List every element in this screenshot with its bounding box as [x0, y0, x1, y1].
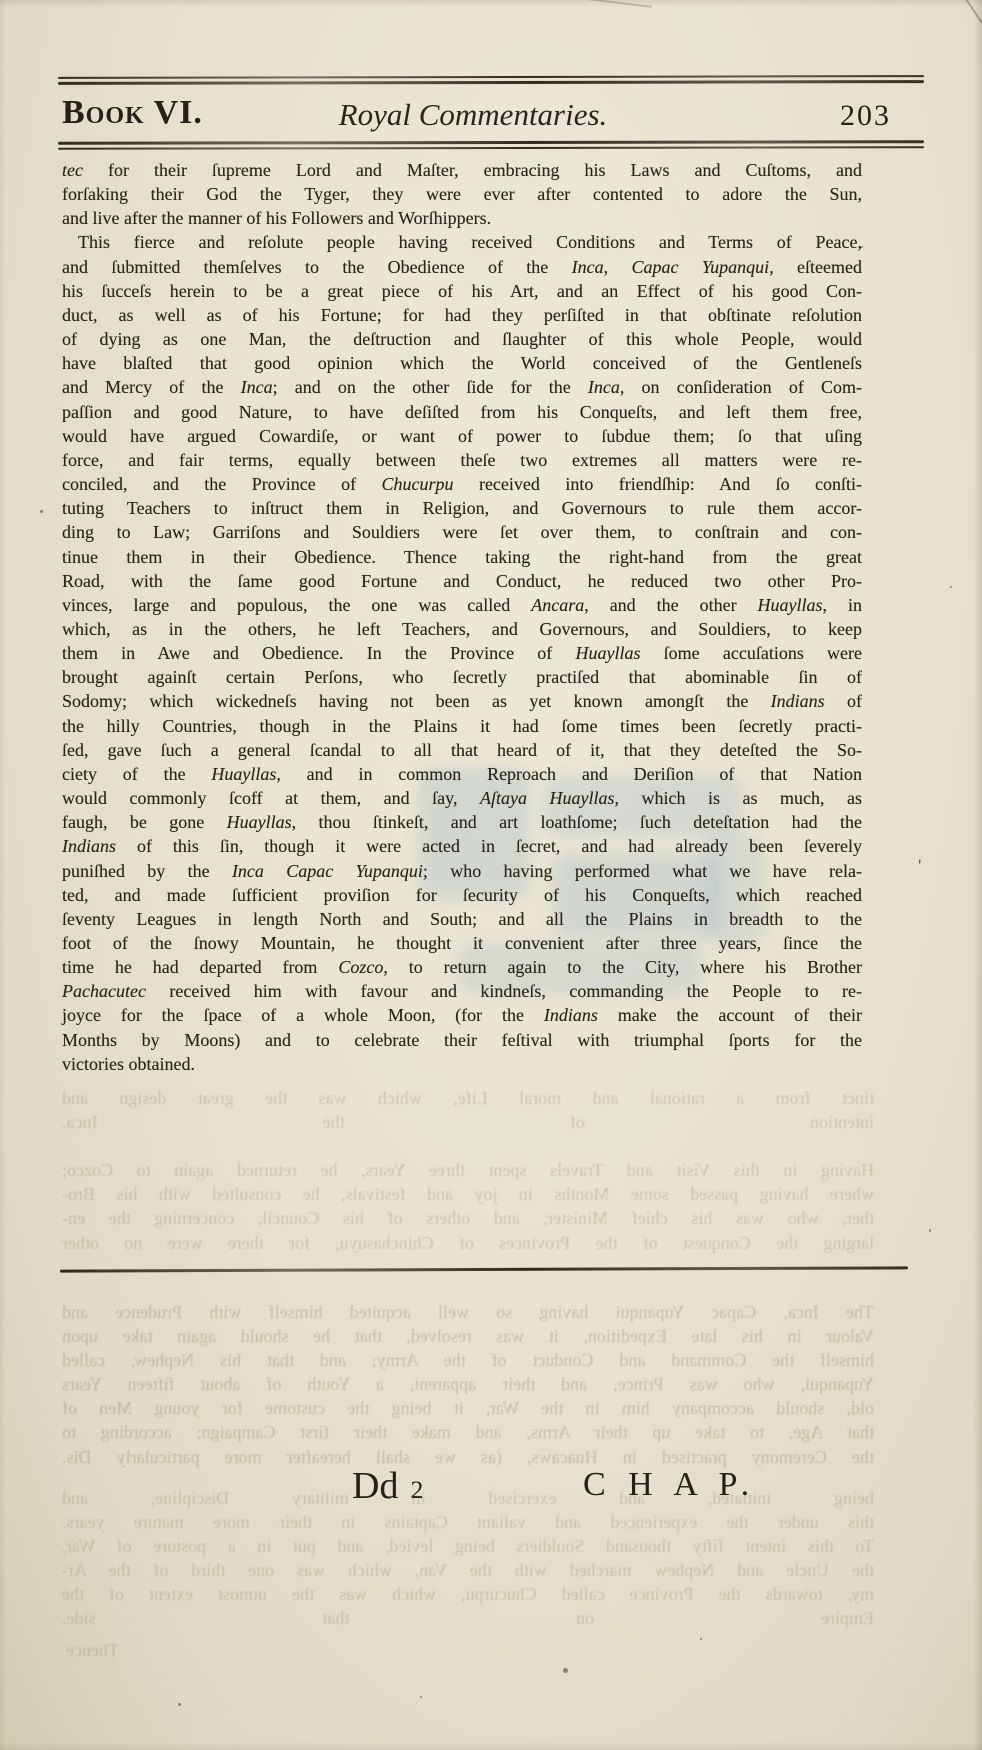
- text-line: This fierce and reſolute people having r…: [62, 230, 862, 254]
- book-page: tinct from a rational and moral Life, wh…: [0, 0, 982, 1750]
- page-number: 203: [840, 99, 891, 133]
- text-line: his ſucceſs herein to be a great piece o…: [62, 279, 862, 303]
- bleedthrough-line: Yupanqui, who was Prince, and their appa…: [62, 1372, 874, 1396]
- text-line: duct, as well as of his Fortune; for had…: [62, 303, 862, 327]
- text-line: have blaſted that good opinion which the…: [62, 351, 862, 375]
- page-corner-crease: [961, 0, 982, 30]
- text-line: them in Awe and Obedience. In the Provin…: [62, 641, 862, 665]
- text-line: faugh, be gone Huayllas, thou ſtinkeſt, …: [62, 810, 862, 834]
- bleedthrough-block-2: The Inca, Capac Yupanqui having so well …: [62, 1300, 874, 1469]
- text-line: forſaking their God the Tyger, they were…: [62, 182, 862, 206]
- text-line: ted, and made ſufficient proviſion for ſ…: [62, 883, 862, 907]
- paper-speck: [929, 1229, 931, 1232]
- scan-edge-smudge: [588, 0, 652, 8]
- margin-apostrophe-mark: ': [918, 856, 921, 878]
- text-line: ſeventy Leagues in length North and Sout…: [62, 907, 862, 931]
- text-line: victories obtained.: [62, 1052, 862, 1076]
- paper-speck: [120, 340, 122, 342]
- text-line: ding to Law; Garriſons and Souldiers wer…: [62, 520, 862, 544]
- body-text: tec for their ſupreme Lord and Maſter, e…: [62, 158, 862, 1076]
- text-line: and ſubmitted themſelves to the Obedienc…: [62, 255, 862, 279]
- paper-speck: [700, 1638, 702, 1640]
- text-line: Road, with the ſame good Fortune and Con…: [62, 569, 862, 593]
- text-line: foot of the ſnowy Mountain, he thought i…: [62, 931, 862, 955]
- paper-speck: [40, 510, 43, 513]
- text-line: ciety of the Huayllas, and in common Rep…: [62, 762, 862, 786]
- bleedthrough-line: this under the experienced and valiant C…: [62, 1510, 874, 1534]
- bleedthrough-line: Empire on that side.: [62, 1606, 874, 1630]
- paper-speck: [950, 586, 952, 588]
- bleedthrough-line: To this intent fifty thousand Souldiers …: [62, 1534, 874, 1558]
- bleedthrough-line: [62, 1134, 874, 1158]
- text-line: Months by Moons) and to celebrate their …: [62, 1028, 862, 1052]
- text-line: brought againſt certain Perſons, who ſec…: [62, 665, 862, 689]
- text-line: joyce for the ſpace of a whole Moon, (fo…: [62, 1003, 862, 1027]
- bleedthrough-line: where having passed some Months in joy a…: [62, 1182, 874, 1206]
- header-rule-top-thin: [58, 75, 924, 78]
- signature-mark: Dd2: [352, 1464, 423, 1508]
- header-rule-top-thick: [58, 80, 924, 85]
- text-line: tinue them in their Obedience. Thence ta…: [62, 545, 862, 569]
- text-line: puniſhed by the Inca Capac Yupanqui; who…: [62, 859, 862, 883]
- text-line: vinces, large and populous, the one was …: [62, 593, 862, 617]
- paper-speck: [420, 1696, 422, 1698]
- text-line: of dying as one Man, the deſtruction and…: [62, 327, 862, 351]
- bleedthrough-line: Valour in his late Expedition, it was re…: [62, 1324, 874, 1348]
- bleedthrough-line: himself the Command and Conduct of the A…: [62, 1348, 874, 1372]
- header-rule-bottom-thin: [58, 146, 924, 149]
- text-line: ſed, gave ſuch a general ſcandal to all …: [62, 738, 862, 762]
- text-line: would have argued Cowardiſe, or want of …: [62, 424, 862, 448]
- catchword: C H A P.: [583, 1466, 756, 1504]
- bleedthrough-block-1: tinct from a rational and moral Life, wh…: [62, 1086, 874, 1255]
- text-line: and live after the manner of his Followe…: [62, 206, 862, 230]
- bleedthrough-line: larging the Conquest of the Provinces of…: [62, 1231, 874, 1255]
- ink-ring-mark: [299, 556, 306, 563]
- text-line: which, as in the others, he left Teacher…: [62, 617, 862, 641]
- bleedthrough-line: that Age, to take up their Arms, and mak…: [62, 1420, 874, 1444]
- text-line: Sodomy; which wickedneſs having not been…: [62, 689, 862, 713]
- header-rule-bottom-thick: [58, 140, 924, 145]
- text-line: conciled, and the Province of Chucurpu r…: [62, 472, 862, 496]
- text-line: Indians of this ſin, though it were acte…: [62, 834, 862, 858]
- section-divider-rule: [60, 1266, 908, 1272]
- bleedthrough-line: Having in this Visit and Travels spent t…: [62, 1158, 874, 1182]
- bleedthrough-line: ther, who was his chief Minister, and ot…: [62, 1206, 874, 1230]
- text-line: force, and fair terms, equally between t…: [62, 448, 862, 472]
- bleedthrough-line: old, should accompany him in the War, it…: [62, 1396, 874, 1420]
- text-line: would commonly ſcoff at them, and ſay, A…: [62, 786, 862, 810]
- text-line: the hilly Countries, though in the Plain…: [62, 714, 862, 738]
- bleedthrough-line: my, towards the Province called Chucurpu…: [62, 1582, 874, 1606]
- bleedthrough-catchword: Thence: [66, 1640, 119, 1661]
- paper-speck: [861, 246, 863, 248]
- paper-speck: [178, 1703, 181, 1706]
- bleedthrough-line: tinct from a rational and moral Life, wh…: [62, 1086, 874, 1110]
- bleedthrough-line: intention of the Inca.: [62, 1110, 874, 1134]
- text-line: and Mercy of the Inca; and on the other …: [62, 375, 862, 399]
- page-title: Royal Commentaries.: [0, 97, 964, 133]
- text-line: Pachacutec received him with favour and …: [62, 979, 862, 1003]
- bleedthrough-line: the Uncle and Nephew marched with the Va…: [62, 1558, 874, 1582]
- signature-number: 2: [410, 1475, 423, 1504]
- text-line: tuting Teachers to inſtruct them in Reli…: [62, 496, 862, 520]
- paper-speck: [563, 1668, 568, 1673]
- text-line: time he had departed from Cozco, to retu…: [62, 955, 862, 979]
- bleedthrough-line: The Inca, Capac Yupanqui having so well …: [62, 1300, 874, 1324]
- text-line: paſſion and good Nature, to have deſiſte…: [62, 400, 862, 424]
- text-line: tec for their ſupreme Lord and Maſter, e…: [62, 158, 862, 182]
- bleedthrough-block-3: being initiated, and exercised in milita…: [62, 1486, 874, 1631]
